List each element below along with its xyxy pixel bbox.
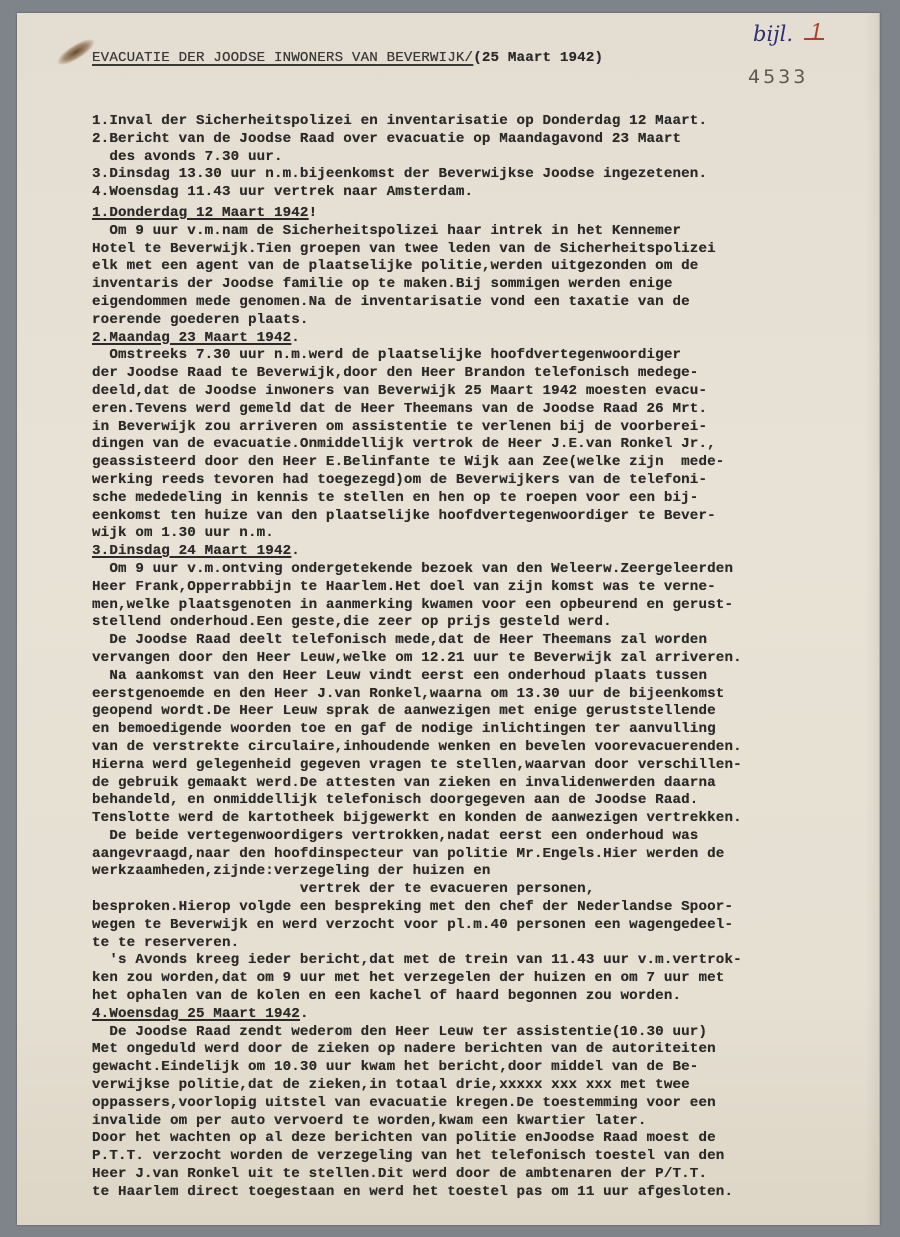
text-line: in Beverwijk zou arriveren om assistenti… xyxy=(92,419,742,437)
text-line: Door het wachten op al deze berichten va… xyxy=(92,1130,742,1148)
text-line: De Joodse Raad deelt telefonisch mede,da… xyxy=(92,632,742,650)
text-line: 's Avonds kreeg ieder bericht,dat met de… xyxy=(92,952,742,970)
section-heading-text: 3.Dinsdag 24 Maart 1942 xyxy=(92,543,291,559)
text-line: De beide vertegenwoordigers vertrokken,n… xyxy=(92,828,742,846)
text-line: elk met een agent van de plaatselijke po… xyxy=(92,258,742,276)
summary-item: 2.Bericht van de Joodse Raad over evacua… xyxy=(92,131,707,149)
text-line: verwijkse politie,dat de zieken,in totaa… xyxy=(92,1077,742,1095)
text-line: eenkomst ten huize van den plaatselijke … xyxy=(92,508,742,526)
section-heading-text: 1.Donderdag 12 Maart 1942 xyxy=(92,205,309,221)
text-line: besproken.Hierop volgde een bespreking m… xyxy=(92,899,742,917)
text-line: Om 9 uur v.m.nam de Sicherheitspolizei h… xyxy=(92,223,742,241)
text-line: oppassers,voorlopig uitstel van evacuati… xyxy=(92,1095,742,1113)
section-heading-suffix: . xyxy=(291,543,300,559)
text-line: gewacht.Eindelijk om 10.30 uur kwam het … xyxy=(92,1059,742,1077)
document-title: EVACUATIE DER JOODSE INWONERS VAN BEVERW… xyxy=(92,50,603,68)
section-heading: 3.Dinsdag 24 Maart 1942. xyxy=(92,543,742,561)
section-heading-suffix: ! xyxy=(309,205,318,221)
text-line: en bemoedigende woorden toe en gaf de no… xyxy=(92,721,742,739)
handwritten-bijlage-label: bijl. xyxy=(753,22,793,46)
text-line: vervangen door den Heer Leuw,welke om 12… xyxy=(92,650,742,668)
text-line: deeld,dat de Joodse inwoners van Beverwi… xyxy=(92,383,742,401)
handwritten-bijlage-number: 1 xyxy=(810,20,823,44)
document-body: 1.Donderdag 12 Maart 1942! Om 9 uur v.m.… xyxy=(92,205,742,1202)
text-line: ken zou worden,dat om 9 uur met het verz… xyxy=(92,970,742,988)
text-line: invalide om per auto vervoerd te worden,… xyxy=(92,1113,742,1131)
section-heading-text: 4.Woensdag 25 Maart 1942 xyxy=(92,1006,300,1022)
text-line: der Joodse Raad te Beverwijk,door den He… xyxy=(92,365,742,383)
text-line: roerende goederen plaats. xyxy=(92,312,742,330)
text-line: geopend wordt.De Heer Leuw sprak de aanw… xyxy=(92,703,742,721)
text-line: Tenslotte werd de kartotheek bijgewerkt … xyxy=(92,810,742,828)
text-line: P.T.T. verzocht worden de verzegeling va… xyxy=(92,1148,742,1166)
text-line: werking reeds tevoren had toegezegd)om d… xyxy=(92,472,742,490)
text-line: Heer J.van Ronkel uit te stellen.Dit wer… xyxy=(92,1166,742,1184)
text-line: Na aankomst van den Heer Leuw vindt eers… xyxy=(92,668,742,686)
text-line: behandeld, en onmiddellijk telefonisch d… xyxy=(92,792,742,810)
text-line: wegen te Beverwijk en werd verzocht voor… xyxy=(92,917,742,935)
text-line: te te reserveren. xyxy=(92,935,742,953)
text-line: eren.Tevens werd gemeld dat de Heer Thee… xyxy=(92,401,742,419)
text-line: te Haarlem direct toegestaan en werd het… xyxy=(92,1184,742,1202)
text-line: De Joodse Raad zendt wederom den Heer Le… xyxy=(92,1024,742,1042)
section-heading-suffix: . xyxy=(291,330,300,346)
text-line: het ophalen van de kolen en een kachel o… xyxy=(92,988,742,1006)
summary-item: 4.Woensdag 11.43 uur vertrek naar Amster… xyxy=(92,184,707,202)
text-line: wijk om 1.30 uur n.m. xyxy=(92,525,742,543)
text-line: vertrek der te evacueren personen, xyxy=(92,881,742,899)
text-line: Met ongeduld werd door de zieken op nade… xyxy=(92,1041,742,1059)
summary-item: 3.Dinsdag 13.30 uur n.m.bijeenkomst der … xyxy=(92,166,707,184)
text-line: de gebruik gemaakt werd.De attesten van … xyxy=(92,775,742,793)
text-line: sche mededeling in kennis te stellen en … xyxy=(92,490,742,508)
section-heading-text: 2.Maandag 23 Maart 1942 xyxy=(92,330,291,346)
text-line: stellend onderhoud.Een geste,die zeer op… xyxy=(92,614,742,632)
text-line: aangevraagd,naar den hoofdinspecteur van… xyxy=(92,846,742,864)
summary-item: des avonds 7.30 uur. xyxy=(92,149,707,167)
section-heading: 2.Maandag 23 Maart 1942. xyxy=(92,330,742,348)
section-heading: 4.Woensdag 25 Maart 1942. xyxy=(92,1006,742,1024)
text-line: Omstreeks 7.30 uur n.m.werd de plaatseli… xyxy=(92,347,742,365)
text-line: werkzaamheden,zijnde:verzegeling der hui… xyxy=(92,863,742,881)
title-underlined: EVACUATIE DER JOODSE INWONERS VAN BEVERW… xyxy=(92,50,473,66)
summary-item: 1.Inval der Sicherheitspolizei en invent… xyxy=(92,113,707,131)
text-line: eerstgenoemde en den Heer J.van Ronkel,w… xyxy=(92,686,742,704)
text-line: eigendommen mede genomen.Na de inventari… xyxy=(92,294,742,312)
text-line: van de verstrekte circulaire,inhoudende … xyxy=(92,739,742,757)
text-line: Om 9 uur v.m.ontving ondergetekende bezo… xyxy=(92,561,742,579)
summary-list: 1.Inval der Sicherheitspolizei en invent… xyxy=(92,113,707,202)
text-line: Hotel te Beverwijk.Tien groepen van twee… xyxy=(92,241,742,259)
section-heading: 1.Donderdag 12 Maart 1942! xyxy=(92,205,742,223)
text-line: dingen van de evacuatie.Onmiddellijk ver… xyxy=(92,436,742,454)
text-line: Heer Frank,Opperrabbijn te Haarlem.Het d… xyxy=(92,579,742,597)
text-line: geassisteerd door den Heer E.Belinfante … xyxy=(92,454,742,472)
text-line: men,welke plaatsgenoten in aanmerking kw… xyxy=(92,597,742,615)
text-line: inventaris der Joodse familie op te make… xyxy=(92,276,742,294)
text-line: Hierna werd gelegenheid gegeven vragen t… xyxy=(92,757,742,775)
section-heading-suffix: . xyxy=(300,1006,309,1022)
title-date: (25 Maart 1942) xyxy=(473,50,603,66)
handwritten-archive-number: 4533 xyxy=(748,66,808,88)
